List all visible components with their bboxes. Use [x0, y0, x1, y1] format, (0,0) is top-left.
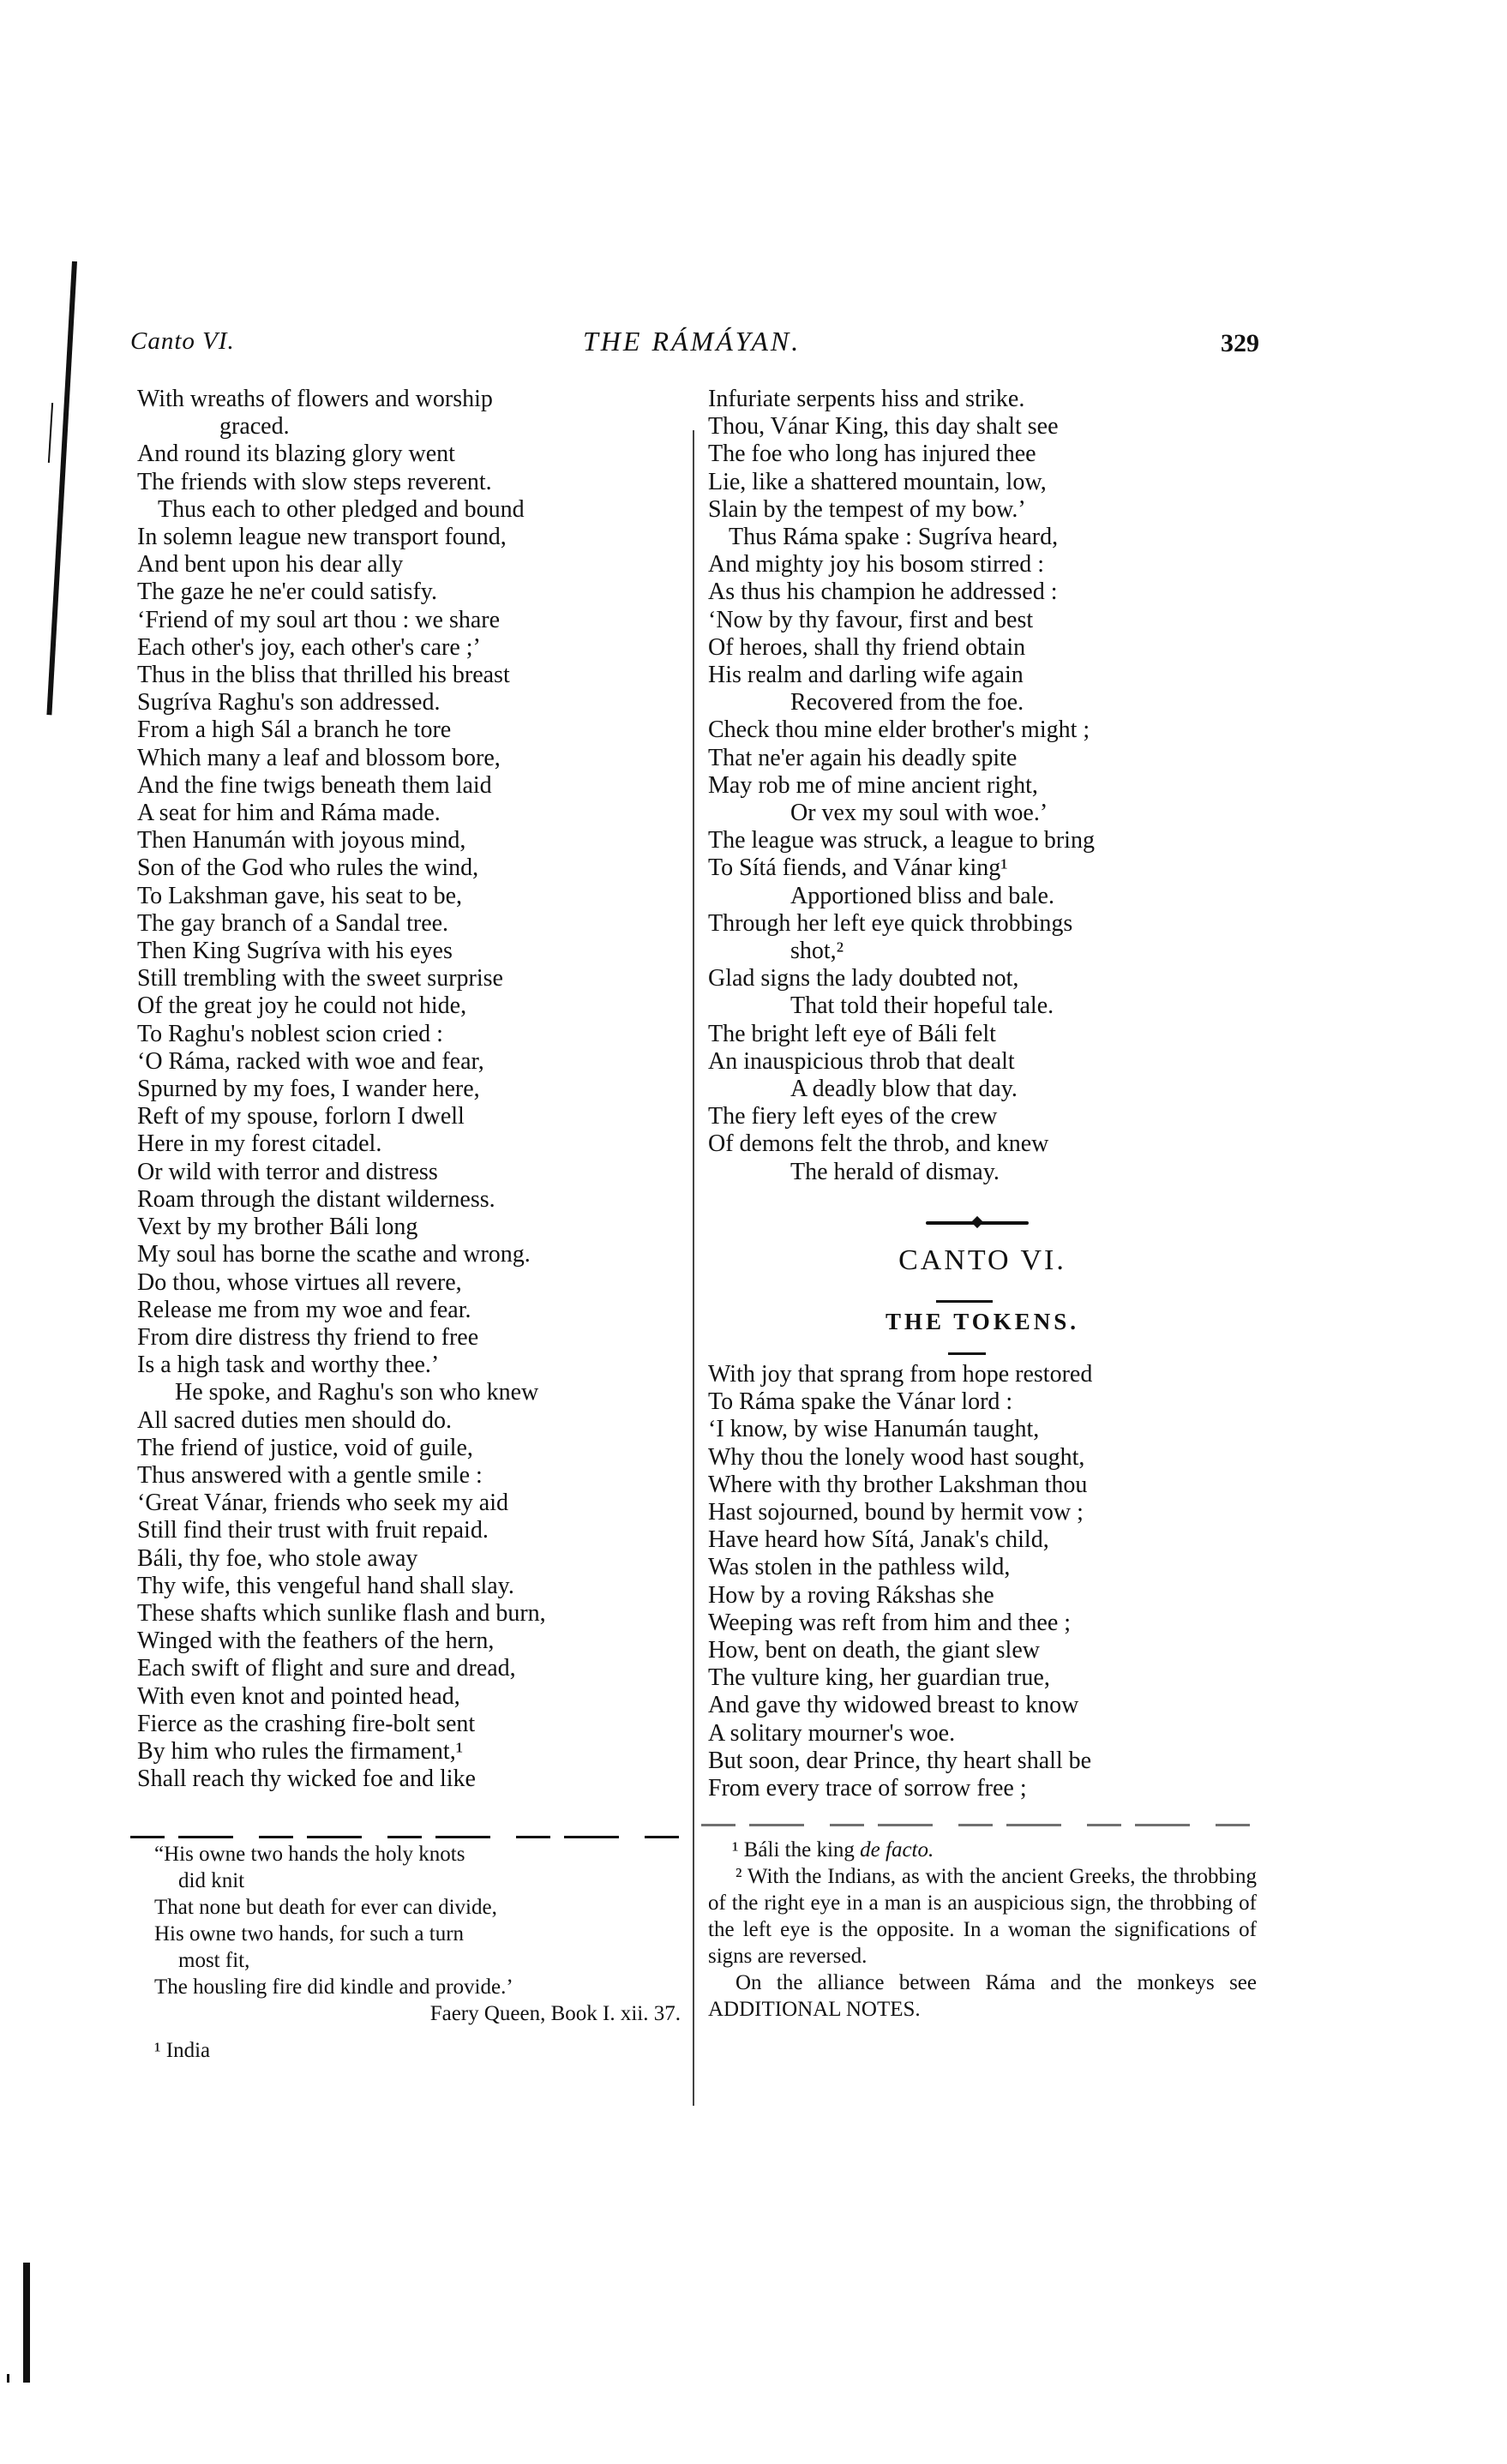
verse-line: Glad signs the lady doubted not,: [708, 965, 1257, 992]
verse-line: graced.: [137, 413, 686, 441]
canto-subtitle: THE TOKENS.: [708, 1309, 1257, 1335]
verse-line: To Lakshman gave, his seat to be,: [137, 883, 686, 910]
footnote-2: ² With the Indians, as with the ancient …: [708, 1863, 1257, 1969]
page-number: 329: [1221, 329, 1259, 358]
verse-line: The friends with slow steps reverent.: [137, 469, 686, 496]
verse-line: Thus each to other pledged and bound: [137, 496, 686, 524]
footnote-1-italic: de facto.: [860, 1838, 934, 1861]
verse-line: All sacred duties men should do.: [137, 1407, 686, 1435]
verse-line: Báli, thy foe, who stole away: [137, 1545, 686, 1573]
footnote-1: ¹ Báli the king de facto.: [708, 1837, 1257, 1863]
verse-line: To Ráma spake the Vánar lord :: [708, 1388, 1257, 1416]
footnotes-right: ¹ Báli the king de facto. ² With the Ind…: [708, 1837, 1257, 2023]
verse-line: Was stolen in the pathless wild,: [708, 1554, 1257, 1581]
verse-line: My soul has borne the scathe and wrong.: [137, 1241, 686, 1268]
verse-line: And round its blazing glory went: [137, 441, 686, 468]
verse-line: A deadly blow that day.: [708, 1076, 1257, 1103]
verse-line: Or wild with terror and distress: [137, 1159, 686, 1186]
binding-edge-mark: [7, 2374, 9, 2383]
footnote-quotation: “His owne two hands the holy knotsdid kn…: [154, 1841, 686, 2000]
verse-line: An inauspicious throb that dealt: [708, 1048, 1257, 1076]
verse-line: But soon, dear Prince, thy heart shall b…: [708, 1748, 1257, 1775]
verse-line: From every trace of sorrow free ;: [708, 1775, 1257, 1802]
verse-line: “His owne two hands the holy knots: [154, 1841, 686, 1867]
running-head: Canto VI. THE RÁMÁYAN. 329: [130, 324, 1245, 372]
verse-line: Reft of my spouse, forlorn I dwell: [137, 1103, 686, 1130]
verse-line: did knit: [154, 1867, 686, 1894]
verse-line: Of demons felt the throb, and knew: [708, 1130, 1257, 1158]
verse-line: most fit,: [154, 1947, 686, 1974]
verse-line: And mighty joy his bosom stirred :: [708, 551, 1257, 579]
verse-line: ‘I know, by wise Hanumán taught,: [708, 1416, 1257, 1443]
verse-line: That told their hopeful tale.: [708, 992, 1257, 1020]
verse-line: The vulture king, her guardian true,: [708, 1664, 1257, 1692]
running-head-title: THE RÁMÁYAN.: [583, 326, 801, 357]
verse-line: Thou, Vánar King, this day shalt see: [708, 413, 1257, 441]
verse-line: Sugríva Raghu's son addressed.: [137, 689, 686, 716]
verse-line: Slain by the tempest of my bow.’: [708, 496, 1257, 524]
verse-line: The gay branch of a Sandal tree.: [137, 910, 686, 938]
binding-edge-mark: [46, 261, 77, 716]
verse-line: The friend of justice, void of guile,: [137, 1435, 686, 1462]
verse-line: Each swift of flight and sure and dread,: [137, 1655, 686, 1682]
verse-line: Which many a leaf and blossom bore,: [137, 745, 686, 772]
column-divider: [693, 430, 694, 2106]
verse-line: As thus his champion he addressed :: [708, 579, 1257, 606]
verse-line: And gave thy widowed breast to know: [708, 1692, 1257, 1719]
verse-line: Roam through the distant wilderness.: [137, 1186, 686, 1214]
footnote-rule-right: [701, 1824, 1252, 1826]
verse-line: Or vex my soul with woe.’: [708, 800, 1257, 827]
verse-line: Do thou, whose virtues all revere,: [137, 1269, 686, 1297]
binding-edge-mark: [23, 2263, 30, 2383]
verse-line: That none but death for ever can divide,: [154, 1894, 686, 1921]
verse-line: Hast sojourned, bound by hermit vow ;: [708, 1499, 1257, 1526]
verse-line: Lie, like a shattered mountain, low,: [708, 469, 1257, 496]
verse-line: He spoke, and Raghu's son who knew: [137, 1379, 686, 1406]
verse-line: Vext by my brother Báli long: [137, 1214, 686, 1241]
verse-line: Each other's joy, each other's care ;’: [137, 634, 686, 662]
verse-line: The herald of dismay.: [708, 1159, 1257, 1186]
verse-line: The gaze he ne'er could satisfy.: [137, 579, 686, 606]
running-head-canto: Canto VI.: [130, 327, 235, 356]
verse-line: To Raghu's noblest scion cried :: [137, 1021, 686, 1048]
verse-line: Spurned by my foes, I wander here,: [137, 1076, 686, 1103]
verse-line: The housling fire did kindle and provide…: [154, 1974, 686, 2000]
verse-line: His owne two hands, for such a turn: [154, 1921, 686, 1947]
verse-line: Still trembling with the sweet surprise: [137, 965, 686, 992]
footnotes-left: “His owne two hands the holy knotsdid kn…: [154, 1841, 686, 2064]
heading-rule: [936, 1300, 993, 1303]
verse-line: Thy wife, this vengeful hand shall slay.: [137, 1573, 686, 1600]
verse-line: Still find their trust with fruit repaid…: [137, 1517, 686, 1544]
verse-line: From dire distress thy friend to free: [137, 1324, 686, 1352]
verse-line: Then Hanumán with joyous mind,: [137, 827, 686, 854]
verse-line: That ne'er again his deadly spite: [708, 745, 1257, 772]
footnote-india: ¹ India: [154, 2037, 686, 2064]
verse-line: ‘Friend of my soul art thou : we share: [137, 607, 686, 634]
verse-line: Shall reach thy wicked foe and like: [137, 1766, 686, 1793]
verse-line: Is a high task and worthy thee.’: [137, 1352, 686, 1379]
verse-line: How by a roving Rákshas she: [708, 1582, 1257, 1610]
verse-line: Why thou the lonely wood hast sought,: [708, 1444, 1257, 1472]
canto-heading: CANTO VI.: [708, 1244, 1257, 1277]
verse-line: The foe who long has injured thee: [708, 441, 1257, 468]
footnote-citation: Faery Queen, Book I. xii. 37.: [154, 2000, 686, 2027]
verse-line: From a high Sál a branch he tore: [137, 716, 686, 744]
verse-line: Infuriate serpents hiss and strike.: [708, 386, 1257, 413]
right-verse-column-top: Infuriate serpents hiss and strike.Thou,…: [708, 386, 1257, 1186]
verse-line: Check thou mine elder brother's might ;: [708, 716, 1257, 744]
verse-line: Weeping was reft from him and thee ;: [708, 1610, 1257, 1637]
verse-line: Here in my forest citadel.: [137, 1130, 686, 1158]
verse-line: These shafts which sunlike flash and bur…: [137, 1600, 686, 1628]
verse-line: Of heroes, shall thy friend obtain: [708, 634, 1257, 662]
verse-line: Of the great joy he could not hide,: [137, 992, 686, 1020]
verse-line: His realm and darling wife again: [708, 662, 1257, 689]
verse-line: Fierce as the crashing fire-bolt sent: [137, 1711, 686, 1738]
verse-line: To Sítá fiends, and Vánar king¹: [708, 854, 1257, 882]
verse-line: Through her left eye quick throbbings: [708, 910, 1257, 938]
verse-line: Where with thy brother Lakshman thou: [708, 1472, 1257, 1499]
subtitle-rule: [948, 1352, 986, 1355]
binding-edge-mark: [48, 403, 53, 463]
verse-line: Release me from my woe and fear.: [137, 1297, 686, 1324]
verse-line: And bent upon his dear ally: [137, 551, 686, 579]
verse-line: ‘O Ráma, racked with woe and fear,: [137, 1048, 686, 1076]
verse-line: How, bent on death, the giant slew: [708, 1637, 1257, 1664]
verse-line: May rob me of mine ancient right,: [708, 772, 1257, 800]
verse-line: With joy that sprang from hope restored: [708, 1361, 1257, 1388]
verse-line: Thus answered with a gentle smile :: [137, 1462, 686, 1490]
verse-line: The league was struck, a league to bring: [708, 827, 1257, 854]
verse-line: A solitary mourner's woe.: [708, 1720, 1257, 1748]
verse-line: Then King Sugríva with his eyes: [137, 938, 686, 965]
verse-line: The fiery left eyes of the crew: [708, 1103, 1257, 1130]
section-ornament: [926, 1221, 1029, 1225]
verse-line: shot,²: [708, 938, 1257, 965]
footnote-rule-left: [130, 1836, 679, 1838]
verse-line: Have heard how Sítá, Janak's child,: [708, 1526, 1257, 1554]
verse-line: And the fine twigs beneath them laid: [137, 772, 686, 800]
verse-line: In solemn league new transport found,: [137, 524, 686, 551]
verse-line: Winged with the feathers of the hern,: [137, 1628, 686, 1655]
verse-line: ‘Great Vánar, friends who seek my aid: [137, 1490, 686, 1517]
verse-line: With even knot and pointed head,: [137, 1683, 686, 1711]
verse-line: Son of the God who rules the wind,: [137, 854, 686, 882]
verse-line: The bright left eye of Báli felt: [708, 1021, 1257, 1048]
verse-line: With wreaths of flowers and worship: [137, 386, 686, 413]
left-verse-column: With wreaths of flowers and worshipgrace…: [137, 386, 686, 1793]
right-verse-column-bottom: With joy that sprang from hope restoredT…: [708, 1361, 1257, 1802]
verse-line: Thus in the bliss that thrilled his brea…: [137, 662, 686, 689]
verse-line: ‘Now by thy favour, first and best: [708, 607, 1257, 634]
verse-line: Recovered from the foe.: [708, 689, 1257, 716]
footnote-1-text: ¹ Báli the king: [732, 1838, 860, 1861]
footnote-additional-notes: On the alliance between Ráma and the mon…: [708, 1969, 1257, 2023]
verse-line: By him who rules the firmament,¹: [137, 1738, 686, 1766]
verse-line: A seat for him and Ráma made.: [137, 800, 686, 827]
verse-line: Thus Ráma spake : Sugríva heard,: [708, 524, 1257, 551]
verse-line: Apportioned bliss and bale.: [708, 883, 1257, 910]
